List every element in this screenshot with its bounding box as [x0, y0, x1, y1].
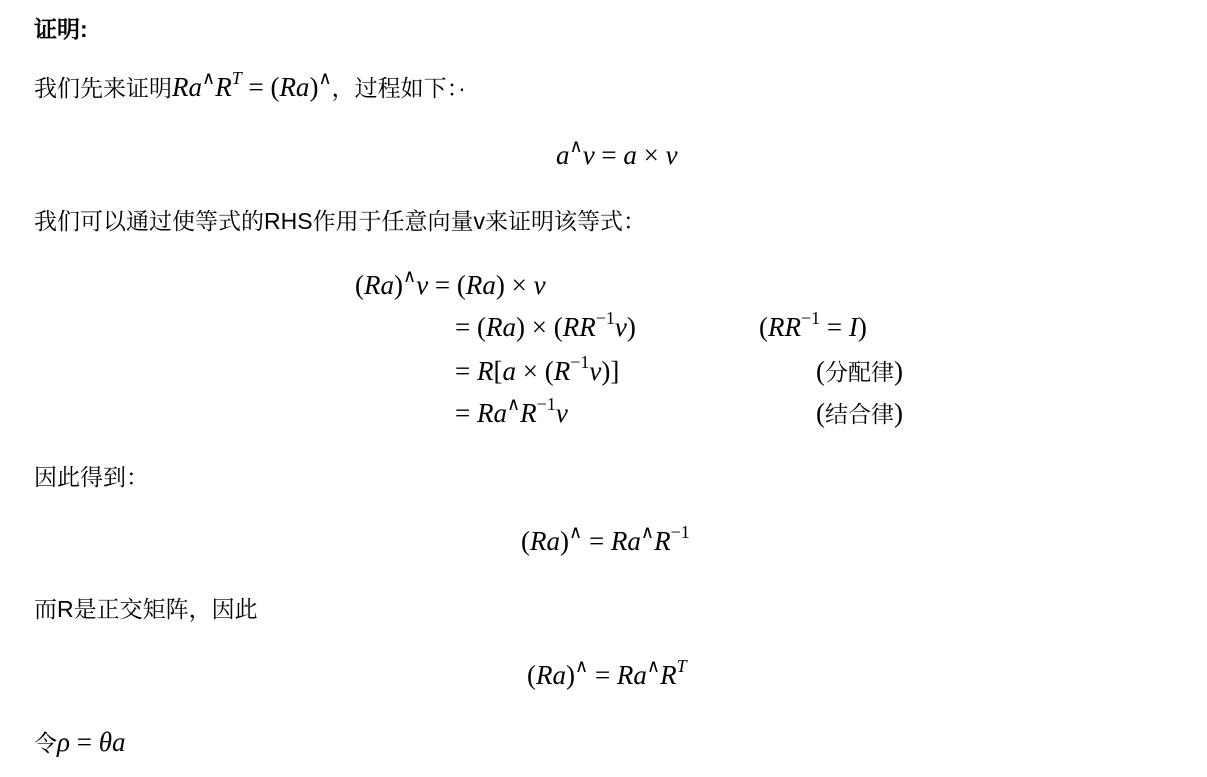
derivation-line-4: = Ra∧R−1v [455, 396, 568, 433]
orthogonal-paragraph: 而R是正交矩阵，因此 [34, 594, 258, 624]
rhs-paragraph: 我们可以通过使等式的RHS作用于任意向量v来证明该等式： [34, 206, 646, 236]
let-paragraph: 令ρ = θa [34, 725, 125, 759]
intro-suffix: ，过程如下：· [332, 75, 466, 101]
derivation-note-associative: (结合律) [816, 396, 903, 431]
derivation-note-distributive: (分配律) [816, 354, 903, 389]
intro-prefix: 我们先来证明 [34, 75, 172, 101]
equation-result-inverse: (Ra)∧ = Ra∧R−1 [521, 524, 690, 561]
equation-result-transpose: (Ra)∧ = Ra∧RT [527, 658, 687, 695]
let-prefix: 令 [34, 730, 57, 756]
proof-heading: 证明: [34, 14, 88, 44]
derivation-note-identity: (RR−1 = I) [759, 310, 867, 347]
derivation-line-1: (Ra)∧v = (Ra) × v [355, 268, 546, 305]
intro-formula: Ra∧RT = (Ra)∧ [172, 72, 332, 102]
derivation-line-2: = (Ra) × (RR−1v) [455, 310, 636, 347]
let-formula: ρ = θa [57, 727, 125, 757]
therefore-paragraph: 因此得到： [34, 462, 149, 492]
intro-paragraph: 我们先来证明Ra∧RT = (Ra)∧，过程如下：· [34, 70, 466, 107]
equation-hat-definition: a∧v = a × v [556, 138, 678, 175]
derivation-line-3: = R[a × (R−1v)] [455, 354, 619, 391]
